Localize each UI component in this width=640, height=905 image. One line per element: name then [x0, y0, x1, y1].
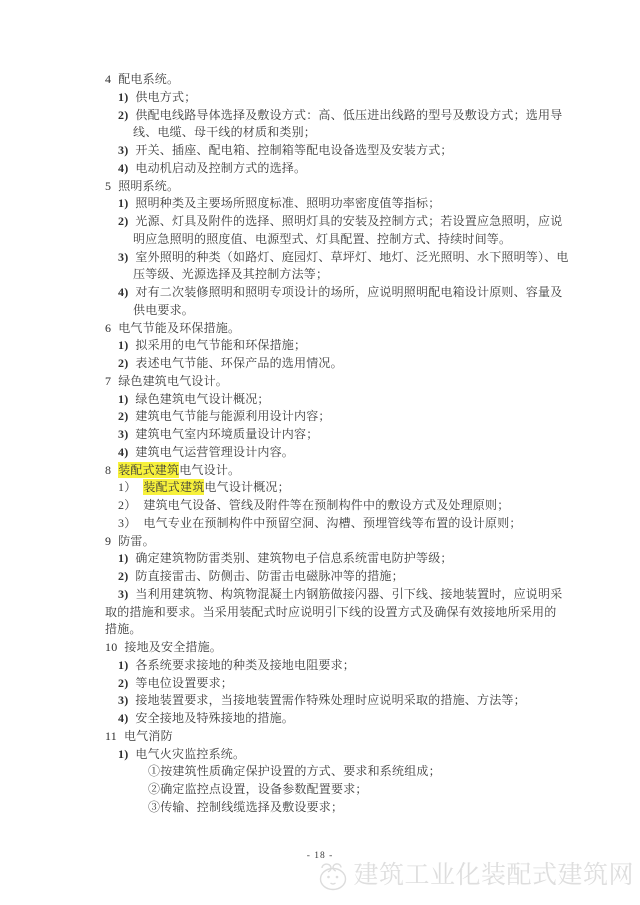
- line-number: 3): [118, 249, 128, 267]
- doc-line: 9防雷。: [0, 533, 640, 551]
- doc-line: 6电气节能及环保措施。: [0, 320, 640, 338]
- line-number: 10: [105, 639, 117, 657]
- doc-line: 1)绿色建筑电气设计概况；: [0, 391, 640, 409]
- line-number: 7: [105, 373, 111, 391]
- line-text: 防雷。: [118, 534, 155, 548]
- line-text: 电气设计。: [179, 463, 240, 477]
- line-number: 3): [118, 692, 128, 710]
- line-text: 电气设计概况；: [204, 480, 289, 494]
- line-number: 2): [118, 408, 128, 426]
- doc-line: 1)确定建筑物防雷类别、建筑物电子信息系统雷电防护等级；: [0, 550, 640, 568]
- line-number: 4): [118, 284, 128, 302]
- doc-line: 1)各系统要求接地的种类及接地电阻要求；: [0, 657, 640, 675]
- line-number: 3）: [118, 515, 136, 533]
- line-number: 1): [118, 391, 128, 409]
- line-text: 光源、灯具及附件的选择、照明灯具的安装及控制方式；若设置应急照明，应说: [135, 214, 562, 228]
- line-number: 3): [118, 142, 128, 160]
- line-number: 4): [118, 710, 128, 728]
- doc-line: 4配电系统。: [0, 71, 640, 89]
- doc-line: 3）电气专业在预制构件中预留空洞、沟槽、预埋管线等布置的设计原则；: [0, 515, 640, 533]
- doc-line: 3)室外照明的种类（如路灯、庭园灯、草坪灯、地灯、泛光照明、水下照明等）、电: [0, 249, 640, 267]
- highlighted-text: 装配式建筑: [118, 462, 179, 478]
- line-text: 电动机启动及控制方式的选择。: [135, 161, 306, 175]
- line-text: 建筑电气运营管理设计内容。: [135, 445, 294, 459]
- line-text: 电气专业在预制构件中预留空洞、沟槽、预埋管线等布置的设计原则；: [143, 516, 521, 530]
- line-number: 6: [105, 320, 111, 338]
- line-text: 建筑电气设备、管线及附件等在预制构件中的敷设方式及处理原则；: [143, 498, 509, 512]
- doc-line: ①按建筑性质确定保护设置的方式、要求和系统组成；: [0, 763, 640, 781]
- doc-line: 3)开关、插座、配电箱、控制箱等配电设备选型及安装方式；: [0, 142, 640, 160]
- doc-line: 措施。: [0, 621, 640, 639]
- doc-line: 4)建筑电气运营管理设计内容。: [0, 444, 640, 462]
- line-text: 照明种类及主要场所照度标准、照明功率密度值等指标；: [135, 196, 440, 210]
- line-number: 4: [105, 71, 111, 89]
- line-text: ①按建筑性质确定保护设置的方式、要求和系统组成；: [148, 764, 441, 778]
- line-text: 当利用建筑物、构筑物混凝土内钢筋做接闪器、引下线、接地装置时，应说明采: [135, 587, 562, 601]
- line-number: 2): [118, 107, 128, 125]
- line-number: 1): [118, 657, 128, 675]
- line-text: 等电位设置要求；: [135, 676, 233, 690]
- doc-line: 5照明系统。: [0, 178, 640, 196]
- line-text: 对有二次装修照明和照明专项设计的场所，应说明照明配电箱设计原则、容量及: [135, 285, 562, 299]
- line-text: 电气消防: [124, 729, 173, 743]
- line-text: 措施。: [105, 622, 142, 636]
- line-text: 取的措施和要求。当采用装配式时应说明引下线的设置方式及确保有效接地所采用的: [105, 605, 556, 619]
- line-text: 各系统要求接地的种类及接地电阻要求；: [135, 658, 355, 672]
- doc-line: 4)对有二次装修照明和照明专项设计的场所，应说明照明配电箱设计原则、容量及: [0, 284, 640, 302]
- line-number: 2): [118, 355, 128, 373]
- line-text: 建筑电气节能与能源利用设计内容；: [135, 409, 330, 423]
- doc-line: 11电气消防: [0, 728, 640, 746]
- line-number: 1): [118, 337, 128, 355]
- line-text: 室外照明的种类（如路灯、庭园灯、草坪灯、地灯、泛光照明、水下照明等）、电: [135, 250, 568, 264]
- doc-line: 10接地及安全措施。: [0, 639, 640, 657]
- doc-line: 3)建筑电气室内环境质量设计内容；: [0, 426, 640, 444]
- line-number: 2): [118, 213, 128, 231]
- line-text: 防直接雷击、防侧击、防雷击电磁脉冲等的措施；: [135, 569, 403, 583]
- line-text: 线、电缆、母干线的材质和类别；: [133, 125, 316, 139]
- doc-line: 2)表述电气节能、环保产品的选用情况。: [0, 355, 640, 373]
- panda-face-icon: [314, 858, 352, 894]
- line-text: 压等级、光源选择及其控制方法等；: [133, 267, 328, 281]
- line-number: 11: [105, 728, 117, 746]
- line-text: 建筑电气室内环境质量设计内容；: [135, 427, 318, 441]
- line-text: 表述电气节能、环保产品的选用情况。: [135, 356, 342, 370]
- line-number: 3): [118, 426, 128, 444]
- line-text: 电气节能及环保措施。: [118, 321, 240, 335]
- line-text: 确定建筑物防雷类别、建筑物电子信息系统雷电防护等级；: [135, 551, 452, 565]
- doc-line: 2)供配电线路导体选择及敷设方式：高、低压进出线路的型号及敷设方式；选用导: [0, 107, 640, 125]
- line-number: 4): [118, 160, 128, 178]
- doc-line: 7绿色建筑电气设计。: [0, 373, 640, 391]
- line-number: 4): [118, 444, 128, 462]
- doc-line: 2)等电位设置要求；: [0, 675, 640, 693]
- doc-line: 1)电气火灾监控系统。: [0, 746, 640, 764]
- doc-line: 8装配式建筑电气设计。: [0, 462, 640, 480]
- doc-line: 线、电缆、母干线的材质和类别；: [0, 124, 640, 142]
- doc-line: 1)供电方式；: [0, 89, 640, 107]
- line-text: 安全接地及特殊接地的措施。: [135, 711, 294, 725]
- line-number: 1): [118, 195, 128, 213]
- line-number: 2）: [118, 497, 136, 515]
- line-text: 配电系统。: [118, 72, 179, 86]
- doc-line: 2）建筑电气设备、管线及附件等在预制构件中的敷设方式及处理原则；: [0, 497, 640, 515]
- line-text: 供电方式；: [135, 90, 196, 104]
- doc-line: 4)电动机启动及控制方式的选择。: [0, 160, 640, 178]
- line-text: 接地装置要求，当接地装置需作特殊处理时应说明采取的措施、方法等；: [135, 693, 525, 707]
- doc-line: 2)光源、灯具及附件的选择、照明灯具的安装及控制方式；若设置应急照明，应说: [0, 213, 640, 231]
- line-text: 拟采用的电气节能和环保措施；: [135, 338, 306, 352]
- line-text: 明应急照明的照度值、电源型式、灯具配置、控制方式、持续时间等。: [133, 232, 511, 246]
- line-number: 1): [118, 89, 128, 107]
- doc-line: 取的措施和要求。当采用装配式时应说明引下线的设置方式及确保有效接地所采用的: [0, 604, 640, 622]
- doc-line: ③传输、控制线缆选择及敷设要求；: [0, 799, 640, 817]
- watermark: 建筑工业化装配式建筑网: [314, 858, 634, 894]
- document-body: 4配电系统。1)供电方式；2)供配电线路导体选择及敷设方式：高、低压进出线路的型…: [0, 71, 640, 817]
- line-number: 1）: [118, 479, 136, 497]
- line-text: 照明系统。: [118, 179, 179, 193]
- line-text: 接地及安全措施。: [124, 640, 222, 654]
- doc-line: 压等级、光源选择及其控制方法等；: [0, 266, 640, 284]
- line-number: 9: [105, 533, 111, 551]
- line-text: 供电要求。: [133, 303, 194, 317]
- line-text: 开关、插座、配电箱、控制箱等配电设备选型及安装方式；: [135, 143, 452, 157]
- line-number: 2): [118, 568, 128, 586]
- doc-line: 2)建筑电气节能与能源利用设计内容；: [0, 408, 640, 426]
- line-text: 绿色建筑电气设计概况；: [135, 392, 269, 406]
- line-number: 1): [118, 746, 128, 764]
- line-number: 5: [105, 178, 111, 196]
- line-text: ③传输、控制线缆选择及敷设要求；: [148, 800, 343, 814]
- doc-line: 明应急照明的照度值、电源型式、灯具配置、控制方式、持续时间等。: [0, 231, 640, 249]
- doc-line: 3)接地装置要求，当接地装置需作特殊处理时应说明采取的措施、方法等；: [0, 692, 640, 710]
- line-text: 供配电线路导体选择及敷设方式：高、低压进出线路的型号及敷设方式；选用导: [135, 108, 562, 122]
- doc-line: 1)照明种类及主要场所照度标准、照明功率密度值等指标；: [0, 195, 640, 213]
- highlighted-text: 装配式建筑: [143, 479, 204, 495]
- doc-line: 1)拟采用的电气节能和环保措施；: [0, 337, 640, 355]
- line-number: 1): [118, 550, 128, 568]
- line-number: 2): [118, 675, 128, 693]
- doc-line: 供电要求。: [0, 302, 640, 320]
- line-text: 绿色建筑电气设计。: [118, 374, 228, 388]
- doc-line: 3)当利用建筑物、构筑物混凝土内钢筋做接闪器、引下线、接地装置时，应说明采: [0, 586, 640, 604]
- line-number: 3): [118, 586, 128, 604]
- doc-line: 1）装配式建筑电气设计概况；: [0, 479, 640, 497]
- watermark-text: 建筑工业化装配式建筑网: [353, 858, 634, 894]
- doc-line: ②确定监控点设置，设备参数配置要求；: [0, 781, 640, 799]
- line-text: ②确定监控点设置，设备参数配置要求；: [148, 782, 368, 796]
- doc-line: 2)防直接雷击、防侧击、防雷击电磁脉冲等的措施；: [0, 568, 640, 586]
- line-text: 电气火灾监控系统。: [135, 747, 245, 761]
- doc-line: 4)安全接地及特殊接地的措施。: [0, 710, 640, 728]
- line-number: 8: [105, 462, 111, 480]
